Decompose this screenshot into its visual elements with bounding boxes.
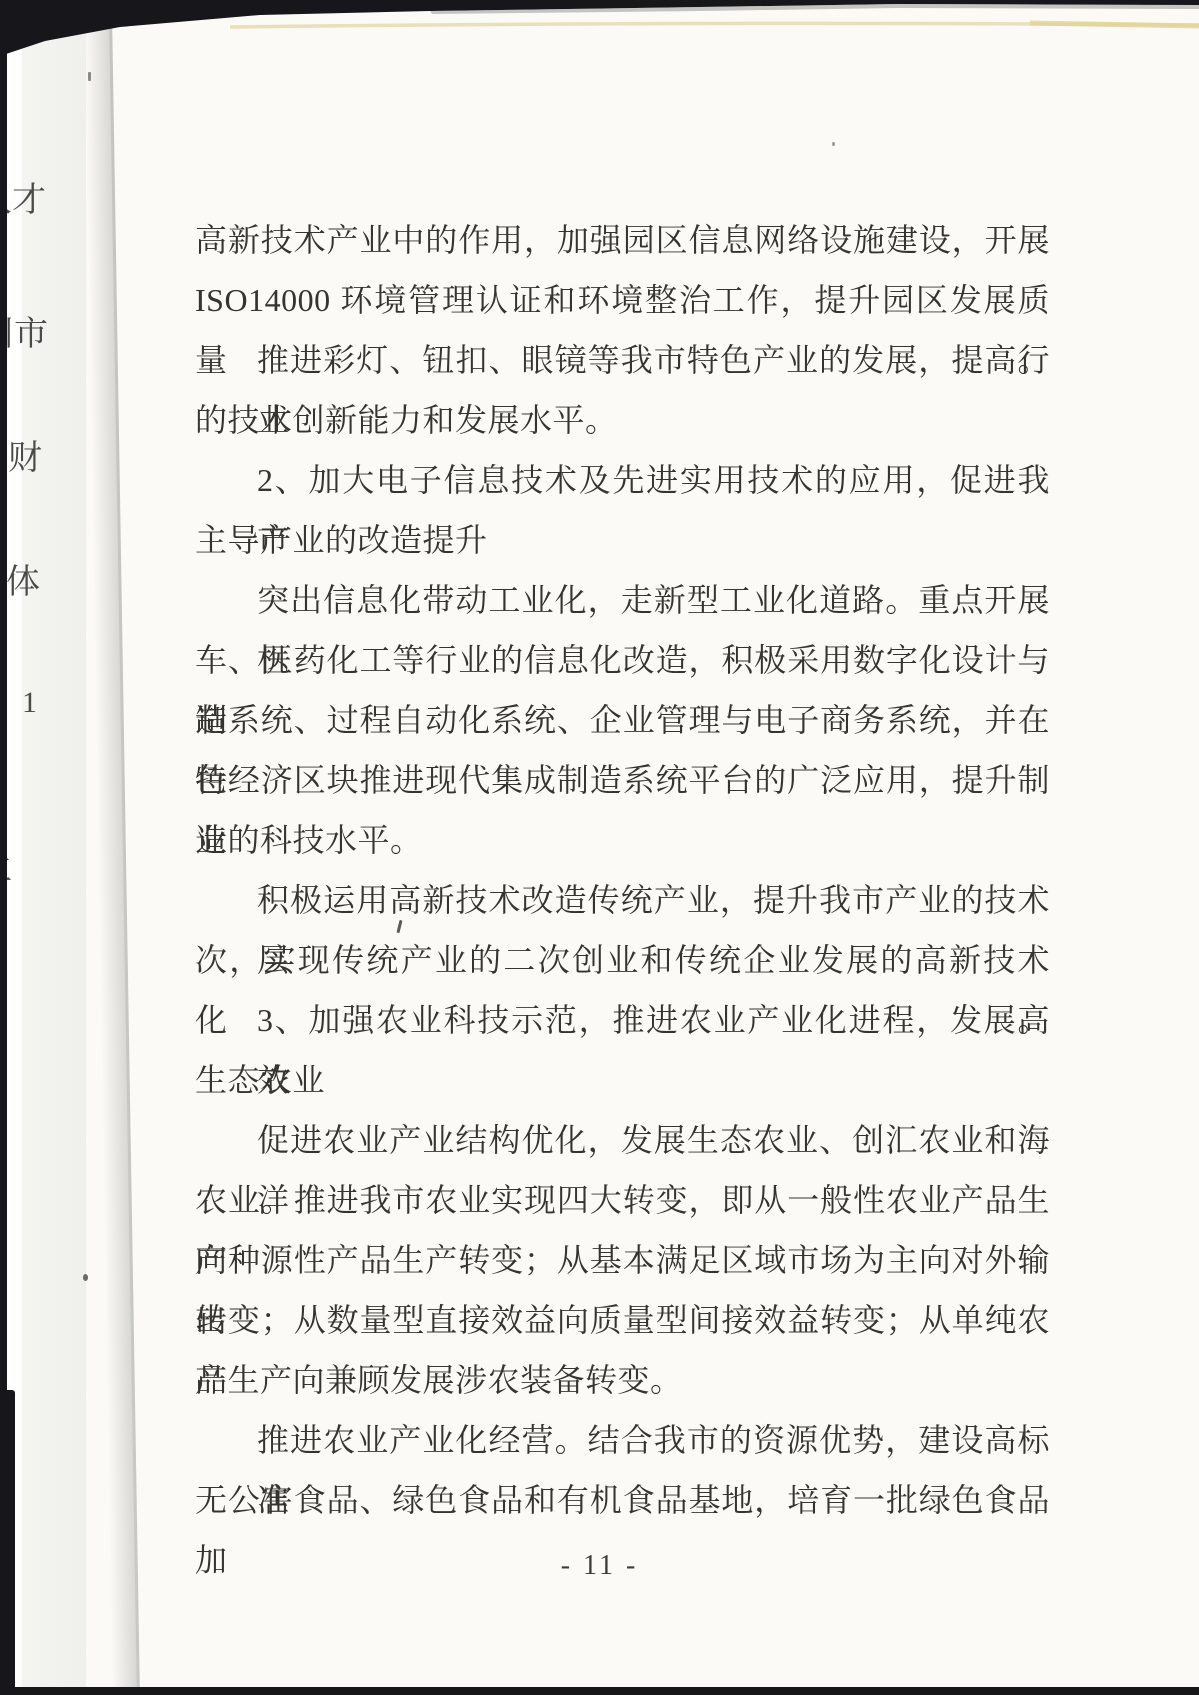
- margin-fragment: 州市: [0, 318, 48, 352]
- text-line: 色经济区块推进现代集成制造系统平台的广泛应用，提升制造: [195, 750, 1050, 810]
- scan-speck: [83, 1274, 88, 1281]
- text-line: 的技术创新能力和发展水平。: [195, 390, 1050, 450]
- text-line: 业的科技水平。: [195, 810, 1050, 870]
- text-line: 促进农业产业结构优化，发展生态农业、创汇农业和海洋: [195, 1110, 1050, 1170]
- text-line: 2、加大电子信息技术及先进实用技术的应用，促进我市: [195, 450, 1050, 510]
- text-line: 主导产业的改造提升: [195, 510, 1050, 570]
- scan-edge-bottom: [0, 1687, 1199, 1695]
- scan-speck: [88, 72, 91, 81]
- page-number: - 11 -: [0, 1550, 1199, 1582]
- previous-page-edge: [22, 28, 86, 1689]
- page-fold-shadow: [84, 14, 138, 1692]
- text-line: 无公害食品、绿色食品和有机食品基地，培育一批绿色食品加: [195, 1470, 1050, 1530]
- text-line: 次，实现传统产业的二次创业和传统企业发展的高新技术化。: [195, 930, 1050, 990]
- scan-edge-top: [0, 0, 1199, 60]
- text-line: 生态农业: [195, 1050, 1050, 1110]
- text-line: 突出信息化带动工业化，走新型工业化道路。重点开展机: [195, 570, 1050, 630]
- scan-speck: [832, 142, 835, 146]
- document-text: 高新技术产业中的作用，加强园区信息网络设施建设，开展ISO14000 环境管理认…: [195, 210, 1050, 1530]
- text-line: 车、医药化工等行业的信息化改造，积极采用数字化设计与制: [195, 630, 1050, 690]
- text-line: 高新技术产业中的作用，加强园区信息网络设施建设，开展: [195, 210, 1050, 270]
- text-line: 转变；从数量型直接效益向质量型间接效益转变；从单纯农产: [195, 1290, 1050, 1350]
- text-line: 推进农业产业化经营。结合我市的资源优势，建设高标准: [195, 1410, 1050, 1470]
- scanned-page: 人才州市财体1工 高新技术产业中的作用，加强园区信息网络设施建设，开展ISO14…: [0, 0, 1199, 1695]
- margin-fragment: 1: [22, 688, 37, 718]
- text-line: ISO14000 环境管理认证和环境整治工作，提升园区发展质量。: [195, 270, 1050, 330]
- text-line: 向种源性产品生产转变；从基本满足区域市场为主向对外输出: [195, 1230, 1050, 1290]
- text-line: 农业。推进我市农业实现四大转变，即从一般性农业产品生产: [195, 1170, 1050, 1230]
- margin-fragment: 财: [8, 442, 42, 476]
- text-line: 3、加强农业科技示范，推进农业产业化进程，发展高效: [195, 990, 1050, 1050]
- margin-fragment: 体: [6, 566, 40, 600]
- text-line: 积极运用高新技术改造传统产业，提升我市产业的技术层: [195, 870, 1050, 930]
- text-line: 品生产向兼顾发展涉农装备转变。: [195, 1350, 1050, 1410]
- text-line: 推进彩灯、钮扣、眼镜等我市特色产业的发展，提高行业: [195, 330, 1050, 390]
- scan-edge-left-lower: [0, 1390, 15, 1695]
- text-line: 造系统、过程自动化系统、企业管理与电子商务系统，并在特: [195, 690, 1050, 750]
